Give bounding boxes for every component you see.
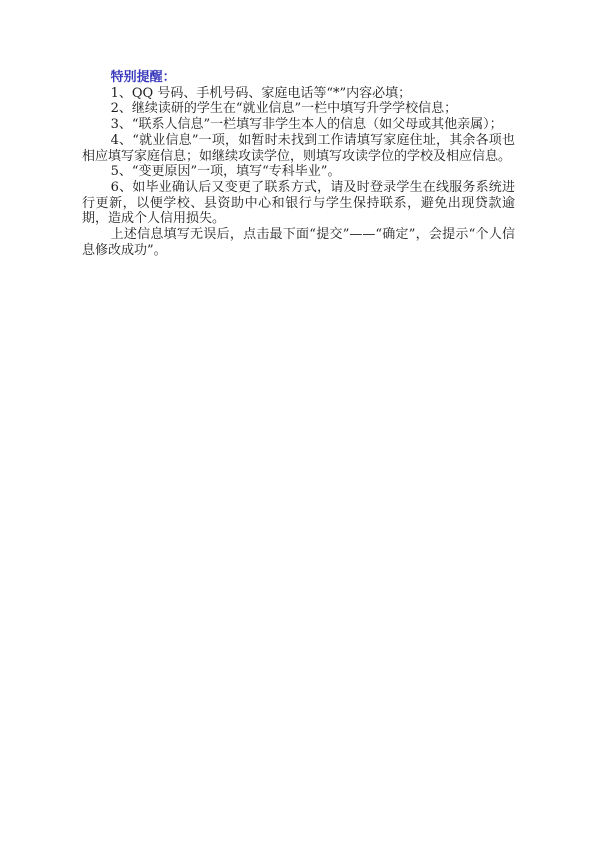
notice-item-3: 3、“联系人信息”一栏填写非学生本人的信息（如父母或其他亲属）； bbox=[82, 117, 515, 133]
notice-item-4: 4、“就业信息”一项，如暂时未找到工作请填写家庭住址，其余各项也相应填写家庭信息… bbox=[82, 133, 515, 164]
document-page: 特别提醒： 1、QQ 号码、手机号码、家庭电话等“*”内容必填； 2、继续读研的… bbox=[0, 0, 600, 848]
notice-heading: 特别提醒： bbox=[82, 70, 515, 86]
notice-closing-paragraph: 上述信息填写无误后，点击最下面“提交”——“确定”，会提示“个人信息修改成功”。 bbox=[82, 227, 515, 258]
notice-item-2: 2、继续读研的学生在“就业信息”一栏中填写升学学校信息； bbox=[82, 101, 515, 117]
notice-item-5: 5、“变更原因”一项，填写“专科毕业”。 bbox=[82, 164, 515, 180]
notice-item-6: 6、如毕业确认后又变更了联系方式，请及时登录学生在线服务系统进行更新，以便学校、… bbox=[82, 180, 515, 227]
notice-item-1: 1、QQ 号码、手机号码、家庭电话等“*”内容必填； bbox=[82, 86, 515, 102]
notice-content: 特别提醒： 1、QQ 号码、手机号码、家庭电话等“*”内容必填； 2、继续读研的… bbox=[82, 70, 515, 258]
